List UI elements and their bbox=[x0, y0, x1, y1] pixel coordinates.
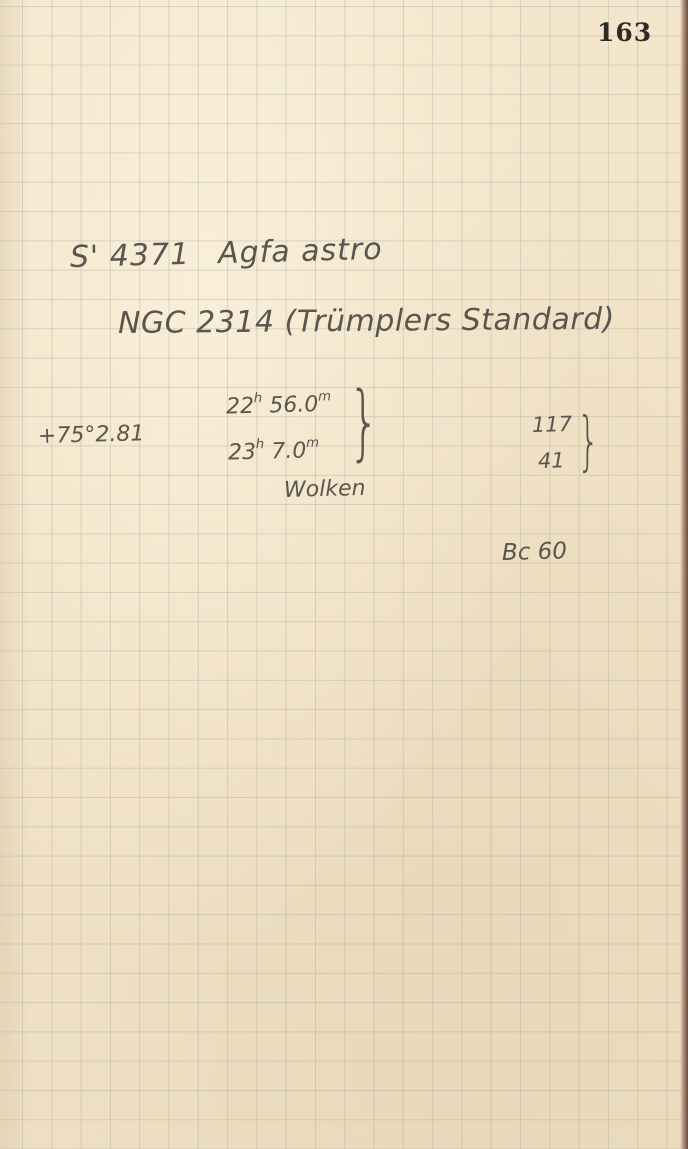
exposure-start-time: 22h 56.0m bbox=[226, 389, 332, 419]
notebook-page: 163 S' 4371Agfa astro NGC 2314 (Trümpler… bbox=[0, 0, 688, 1149]
exposure-end-time: 23h 7.0m bbox=[228, 436, 320, 466]
value-1: 117 bbox=[532, 412, 573, 437]
declination-value: +75°2.81 bbox=[38, 421, 145, 449]
page-number: 163 bbox=[597, 18, 652, 47]
page-gutter-shading bbox=[0, 0, 30, 1149]
weather-note: Wolken bbox=[284, 476, 366, 503]
emulsion-type: Agfa astro bbox=[218, 232, 383, 271]
reference-note: Bc 60 bbox=[502, 538, 568, 566]
values-brace: } bbox=[577, 410, 599, 474]
object-line: NGC 2314 (Trümplers Standard) bbox=[118, 302, 615, 341]
page-edge bbox=[680, 0, 688, 1149]
value-2: 41 bbox=[538, 448, 565, 473]
graph-paper-grid bbox=[0, 0, 681, 1149]
plate-label: S' 4371 bbox=[70, 237, 191, 275]
times-brace: } bbox=[348, 382, 379, 464]
